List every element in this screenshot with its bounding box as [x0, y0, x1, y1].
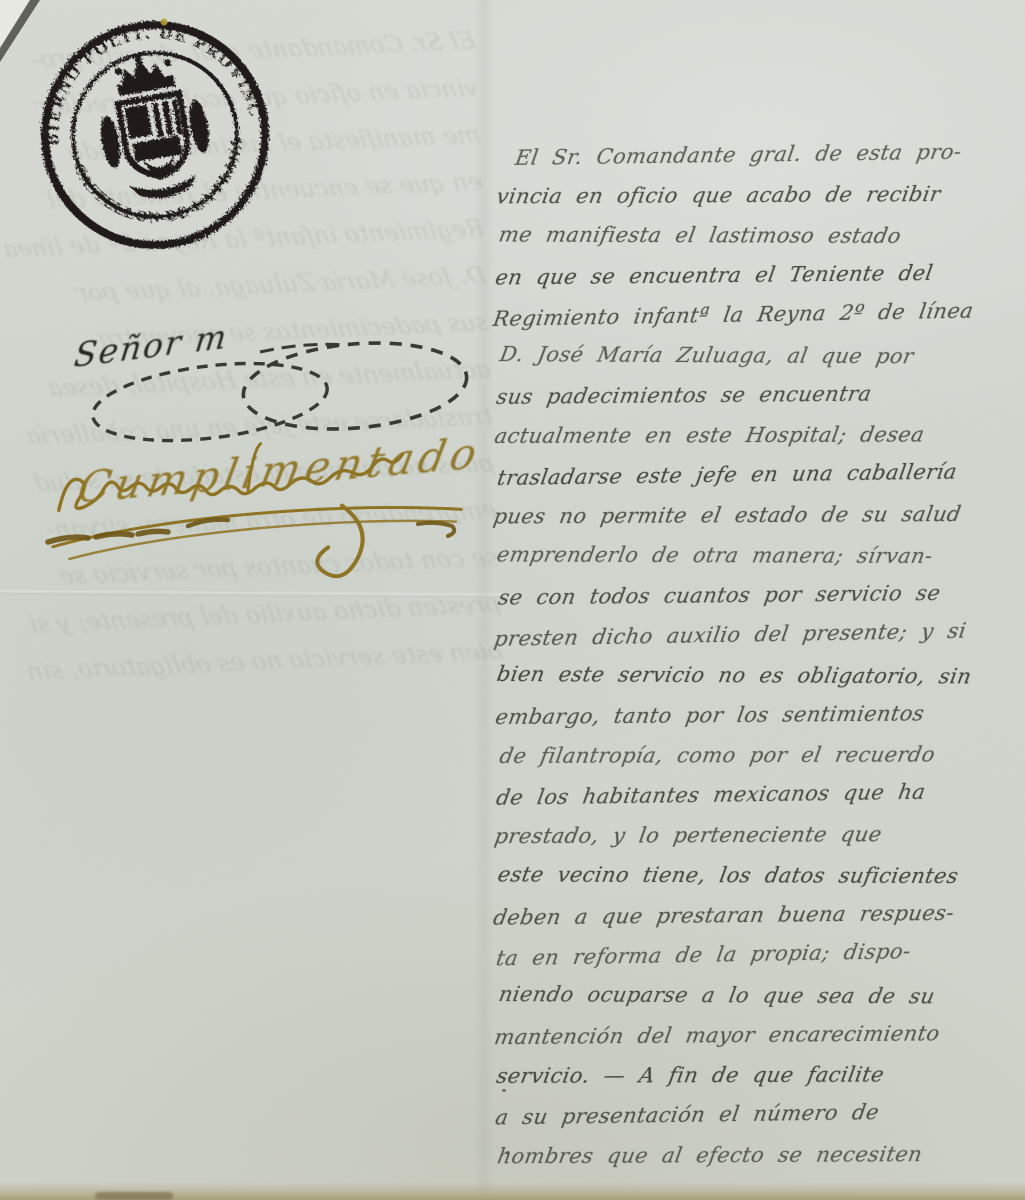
- coat-of-arms-icon: [89, 47, 218, 206]
- signature-flourish: [38, 438, 478, 618]
- ink-speck: [502, 1089, 506, 1092]
- edge-smudge: [95, 1192, 173, 1200]
- official-seal: GOBIERNO POLIT. DE PROVINCIA CASTELLON D…: [34, 14, 276, 256]
- ink-speck: [506, 1151, 510, 1154]
- gold-fleck: [161, 19, 168, 26]
- scanned-manuscript-page: { "document": { "type": "19th-century ha…: [0, 0, 1025, 1200]
